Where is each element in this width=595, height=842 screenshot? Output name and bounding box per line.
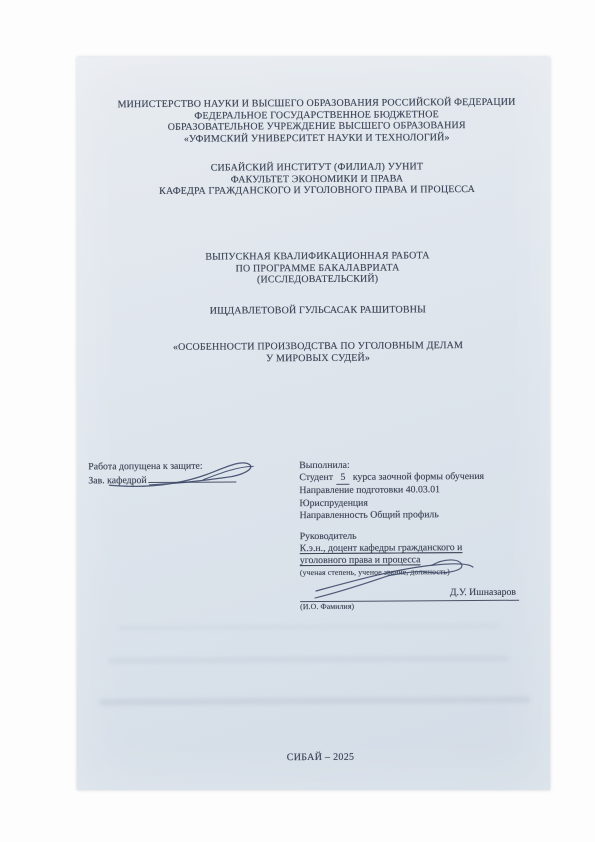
document-page: МИНИСТЕРСТВО НАУКИ И ВЫСШЕГО ОБРАЗОВАНИЯ… bbox=[77, 57, 550, 790]
bleedthrough-artifact bbox=[99, 697, 531, 706]
bleedthrough-artifact bbox=[118, 624, 498, 630]
head-of-department-signature-ink bbox=[103, 455, 273, 494]
performer-block: Выполнила: Студент 5 курса заочной формы… bbox=[299, 459, 544, 523]
scanned-page-photo: МИНИСТЕРСТВО НАУКИ И ВЫСШЕГО ОБРАЗОВАНИЯ… bbox=[0, 0, 595, 842]
course-number: 5 bbox=[336, 472, 349, 485]
student-word: Студент bbox=[299, 472, 333, 483]
page-content: МИНИСТЕРСТВО НАУКИ И ВЫСШЕГО ОБРАЗОВАНИЯ… bbox=[75, 56, 552, 792]
institute-header: СИБАЙСКИЙ ИНСТИТУТ (ФИЛИАЛ) УУНИТ ФАКУЛЬ… bbox=[81, 161, 552, 198]
city-year-line: СИБАЙ – 2025 bbox=[85, 751, 556, 765]
work-type-line: (ИССЛЕДОВАТЕЛЬСКИЙ) bbox=[82, 273, 553, 287]
work-type-heading: ВЫПУСКНАЯ КВАЛИФИКАЦИОННАЯ РАБОТА ПО ПРО… bbox=[82, 250, 553, 287]
thesis-title: «ОСОБЕННОСТИ ПРОИЗВОДСТВА ПО УГОЛОВНЫМ Д… bbox=[83, 340, 554, 366]
study-form: курса заочной формы обучения bbox=[353, 471, 484, 483]
thesis-title-line: У МИРОВЫХ СУДЕЙ» bbox=[83, 351, 554, 365]
bleedthrough-artifact bbox=[108, 656, 508, 663]
supervisor-signature-ink bbox=[310, 556, 515, 603]
author-name: ИЩДАВЛЕТОВОЙ ГУЛЬСАСАК РАШИТОВНЫ bbox=[82, 304, 553, 318]
department-line: КАФЕДРА ГРАЖДАНСКОГО И УГОЛОВНОГО ПРАВА … bbox=[82, 184, 553, 198]
header-line: «УФИМСКИЙ УНИВЕРСИТЕТ НАУКИ И ТЕХНОЛОГИЙ… bbox=[81, 131, 552, 145]
ministry-header: МИНИСТЕРСТВО НАУКИ И ВЫСШЕГО ОБРАЗОВАНИЯ… bbox=[81, 97, 552, 146]
profile-line: Направленность Общий профиль bbox=[300, 508, 545, 522]
